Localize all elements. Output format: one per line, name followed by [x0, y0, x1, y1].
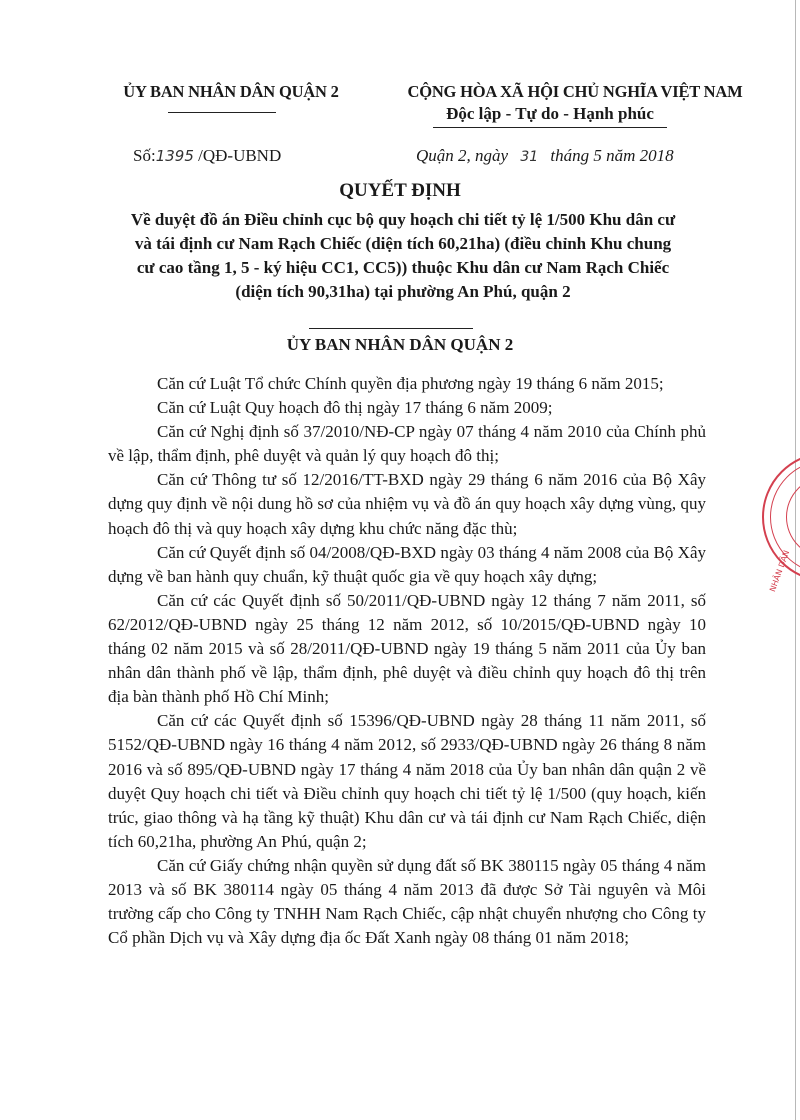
stamp-text: NHÂN DÂN: [768, 577, 781, 593]
date-suffix: tháng 5 năm 2018: [550, 146, 673, 165]
subtitle-line: và tái định cư Nam Rạch Chiếc (diện tích…: [108, 232, 698, 256]
paragraph: Căn cứ các Quyết định số 15396/QĐ-UBND n…: [108, 709, 706, 854]
number-prefix: Số:: [133, 146, 156, 165]
subtitle-line: Về duyệt đồ án Điều chỉnh cục bộ quy hoạ…: [108, 208, 698, 232]
document-number: Số:1395 /QĐ-UBND: [133, 146, 281, 166]
nation-name: CỘNG HÒA XÃ HỘI CHỦ NGHĨA VIỆT NAM: [360, 82, 790, 102]
paragraph: Căn cứ Luật Tổ chức Chính quyền địa phươ…: [108, 372, 706, 396]
number-suffix: /QĐ-UBND: [194, 146, 281, 165]
document-date: Quận 2, ngày 31 tháng 5 năm 2018: [416, 146, 674, 166]
issuer-underline: [168, 112, 276, 113]
document-subtitle: Về duyệt đồ án Điều chỉnh cục bộ quy hoạ…: [108, 208, 698, 304]
paragraph: Căn cứ Quyết định số 04/2008/QĐ-BXD ngày…: [108, 541, 706, 589]
paragraph: Căn cứ Luật Quy hoạch đô thị ngày 17 thá…: [108, 396, 706, 420]
document-title: QUYẾT ĐỊNH: [100, 180, 700, 202]
subtitle-underline: [309, 328, 473, 329]
paragraph: Căn cứ Giấy chứng nhận quyền sử dụng đất…: [108, 854, 706, 950]
paragraph: Căn cứ Thông tư số 12/2016/TT-BXD ngày 2…: [108, 468, 706, 540]
motto-underline: [433, 127, 667, 128]
authority-heading: ỦY BAN NHÂN DÂN QUẬN 2: [100, 335, 700, 355]
paragraph: Căn cứ Nghị định số 37/2010/NĐ-CP ngày 0…: [108, 420, 706, 468]
subtitle-line: (diện tích 90,31ha) tại phường An Phú, q…: [108, 280, 698, 304]
paragraph: Căn cứ các Quyết định số 50/2011/QĐ-UBND…: [108, 589, 706, 709]
document-body: Căn cứ Luật Tổ chức Chính quyền địa phươ…: [108, 372, 706, 950]
subtitle-line: cư cao tầng 1, 5 - ký hiệu CC1, CC5)) th…: [108, 256, 698, 280]
date-prefix: Quận 2, ngày: [416, 146, 508, 165]
number-handwritten: 1395: [156, 147, 194, 165]
date-day-handwritten: 31: [512, 149, 546, 165]
issuer-name: ỦY BAN NHÂN DÂN QUẬN 2: [106, 82, 356, 102]
motto: Độc lập - Tự do - Hạnh phúc: [432, 104, 668, 124]
